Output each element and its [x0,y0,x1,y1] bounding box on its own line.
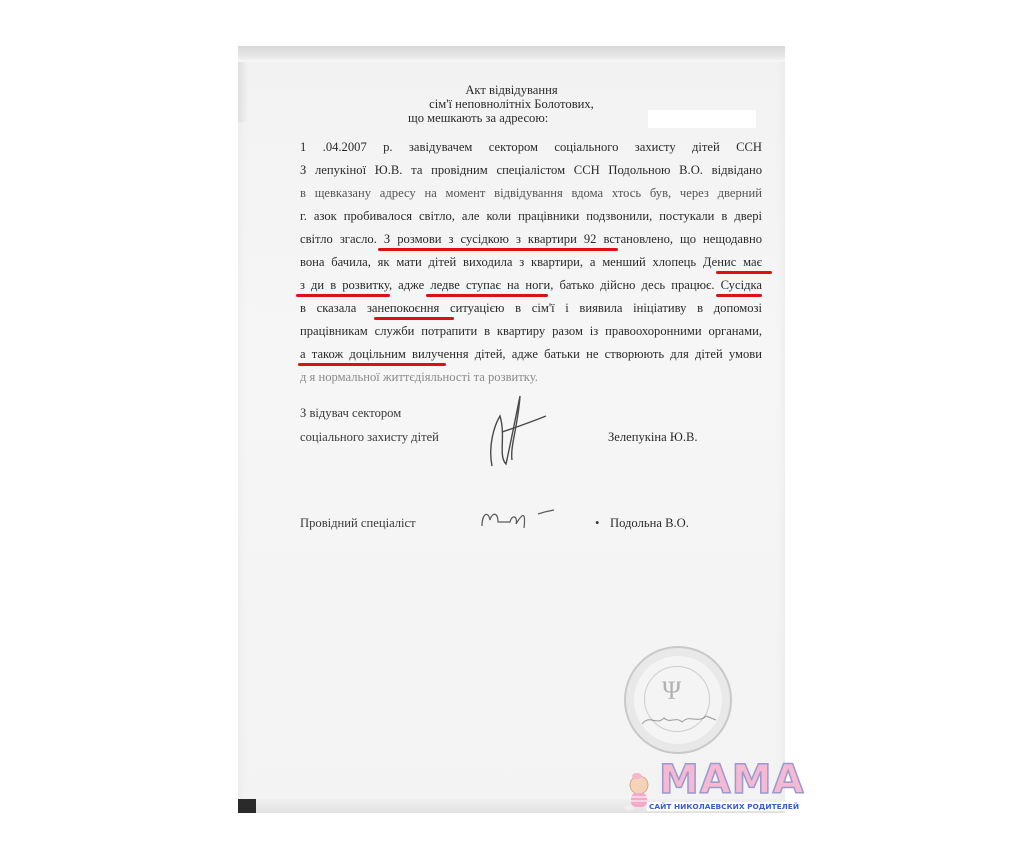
body-line-10: а також доцільним вилучення дітей, адже … [300,346,762,362]
highlight-underline-barely-walks [426,294,548,297]
address-label: що мешкають за адресою: [408,110,548,126]
signer2-position: Провідний спеціаліст [300,516,416,531]
signer2-bullet: • [595,516,599,531]
scan-dark-corner [238,799,256,813]
signature-2-icon [476,504,566,534]
body-line-8: в сказала занепокоєння ситуацією в сім'ї… [300,300,762,316]
trident-emblem-icon: Ψ [662,676,681,706]
watermark-brand: МАМА [659,758,805,802]
highlight-underline-removal [298,363,446,366]
stamp-signature-icon [640,710,720,730]
signer2-name: Подольна В.О. [610,516,689,531]
highlight-underline-concern [374,317,454,320]
signer1-position-line2: соціального захисту дітей [300,430,439,445]
body-line-11: д я нормальної життєдіяльності та розвит… [300,369,762,385]
watermark-tagline: САЙТ НИКОЛАЕВСКИХ РОДИТЕЛЕЙ [647,802,801,811]
redacted-address [648,110,756,128]
watermark-logo: МАМА САЙТ НИКОЛАЕВСКИХ РОДИТЕЛЕЙ [623,758,785,816]
body-line-7: з ди в розвитку, адже ледве ступає на но… [300,277,762,293]
signature-1-icon [480,386,550,476]
body-line-5: світло згасло. З розмови з сусідкою з кв… [300,231,762,247]
official-stamp: Ψ [624,646,732,754]
body-line-2: З лепукіної Ю.В. та провідним спеціаліст… [300,162,762,178]
scanned-document-page: Акт відвідування сім'ї неповнолітніх Бол… [238,46,785,813]
body-line-1: 1 .04.2007 р. завідувачем сектором соціа… [300,139,762,155]
scan-edge-top [238,46,785,62]
highlight-underline-neighbor [716,294,762,297]
highlight-underline-development [296,294,390,297]
body-line-9: працівникам служби потрапити в квартиру … [300,323,762,339]
body-line-4: г. азок пробивалося світло, але коли пра… [300,208,762,224]
body-line-6: вона бачила, як мати дітей виходила з кв… [300,254,762,270]
body-line-3: в щевказану адресу на момент відвідуванн… [300,185,762,201]
highlight-underline-denys [716,271,772,274]
signer1-name: Зелепукіна Ю.В. [608,430,698,445]
highlight-underline-conversation [378,248,618,251]
signer1-position-line1: З відувач сектором [300,406,401,421]
